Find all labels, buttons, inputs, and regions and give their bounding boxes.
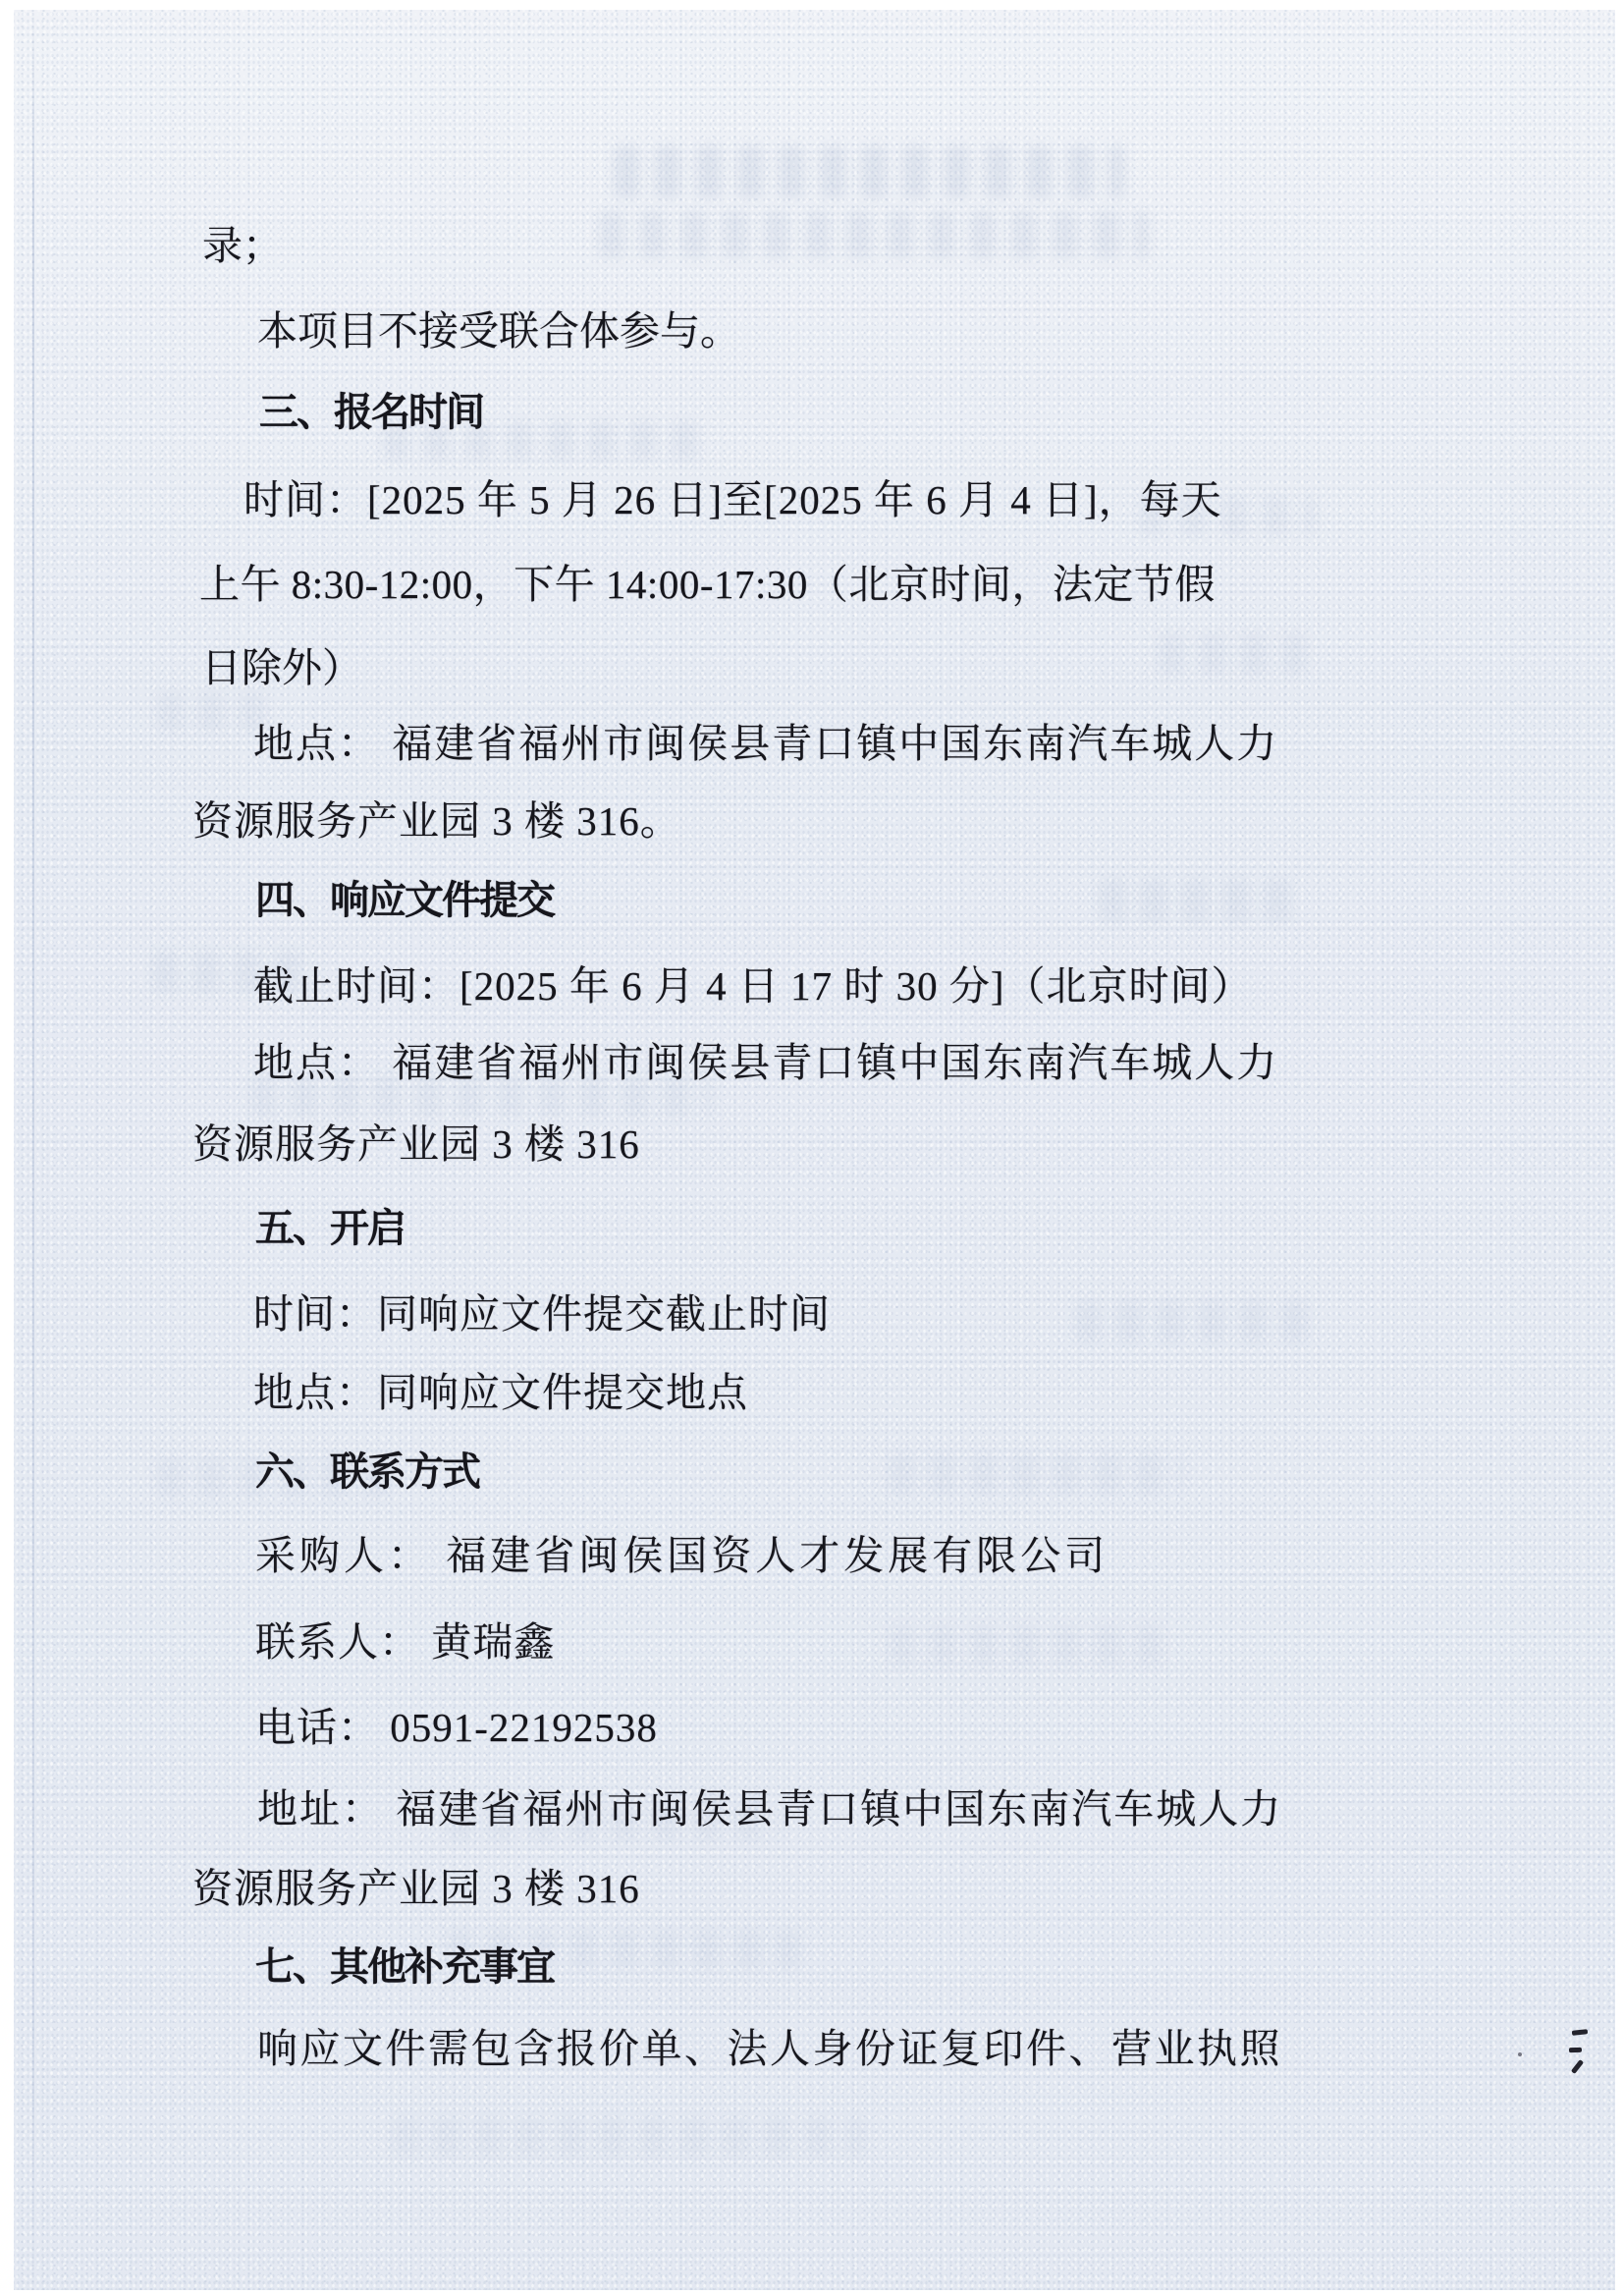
doc-line: 地点： 福建省福州市闽侯县青口镇中国东南汽车城人力 <box>253 722 1278 765</box>
doc-line: 录； <box>202 224 283 267</box>
doc-line: 采购人： 福建省闽侯国资人才发展有限公司 <box>255 1534 1109 1577</box>
doc-line: 资源服务产业园 3 楼 316。 <box>192 799 681 843</box>
doc-line: 时间：[2025 年 5 月 26 日]至[2025 年 6 月 4 日]，每天 <box>243 478 1222 521</box>
document-text: 录； 本项目不接受联合体参与。 三、报名时间 时间：[2025 年 5 月 26… <box>0 0 1623 2296</box>
doc-line: 日除外） <box>201 646 362 689</box>
ink-mark <box>1569 2048 1582 2052</box>
doc-line: 地址： 福建省福州市闽侯县青口镇中国东南汽车城人力 <box>257 1787 1282 1831</box>
section-heading: 三、报名时间 <box>259 391 483 433</box>
section-heading: 七、其他补充事宜 <box>255 1945 554 1988</box>
doc-line: 资源服务产业园 3 楼 316 <box>192 1122 640 1166</box>
doc-line: 资源服务产业园 3 楼 316 <box>192 1867 640 1910</box>
doc-line: 本项目不接受联合体参与。 <box>257 309 740 353</box>
scanned-page: 录； 本项目不接受联合体参与。 三、报名时间 时间：[2025 年 5 月 26… <box>0 0 1623 2296</box>
section-heading: 六、联系方式 <box>255 1450 479 1493</box>
section-heading: 四、响应文件提交 <box>255 879 554 921</box>
doc-line: 电话： 0591-22192538 <box>255 1706 658 1749</box>
doc-line: 上午 8:30-12:00，下午 14:00-17:30（北京时间，法定节假 <box>199 563 1216 606</box>
doc-line: 联系人： 黄瑞鑫 <box>255 1620 555 1664</box>
section-heading: 五、开启 <box>255 1207 405 1249</box>
doc-line: 截止时间：[2025 年 6 月 4 日 17 时 30 分]（北京时间） <box>253 964 1253 1008</box>
doc-line: 响应文件需包含报价单、法人身份证复印件、营业执照 <box>257 2027 1282 2070</box>
ink-mark <box>1518 2052 1522 2056</box>
doc-line: 时间：同响应文件提交截止时间 <box>253 1292 831 1336</box>
doc-line: 地点：同响应文件提交地点 <box>253 1371 748 1414</box>
doc-line: 地点： 福建省福州市闽侯县青口镇中国东南汽车城人力 <box>253 1041 1278 1084</box>
